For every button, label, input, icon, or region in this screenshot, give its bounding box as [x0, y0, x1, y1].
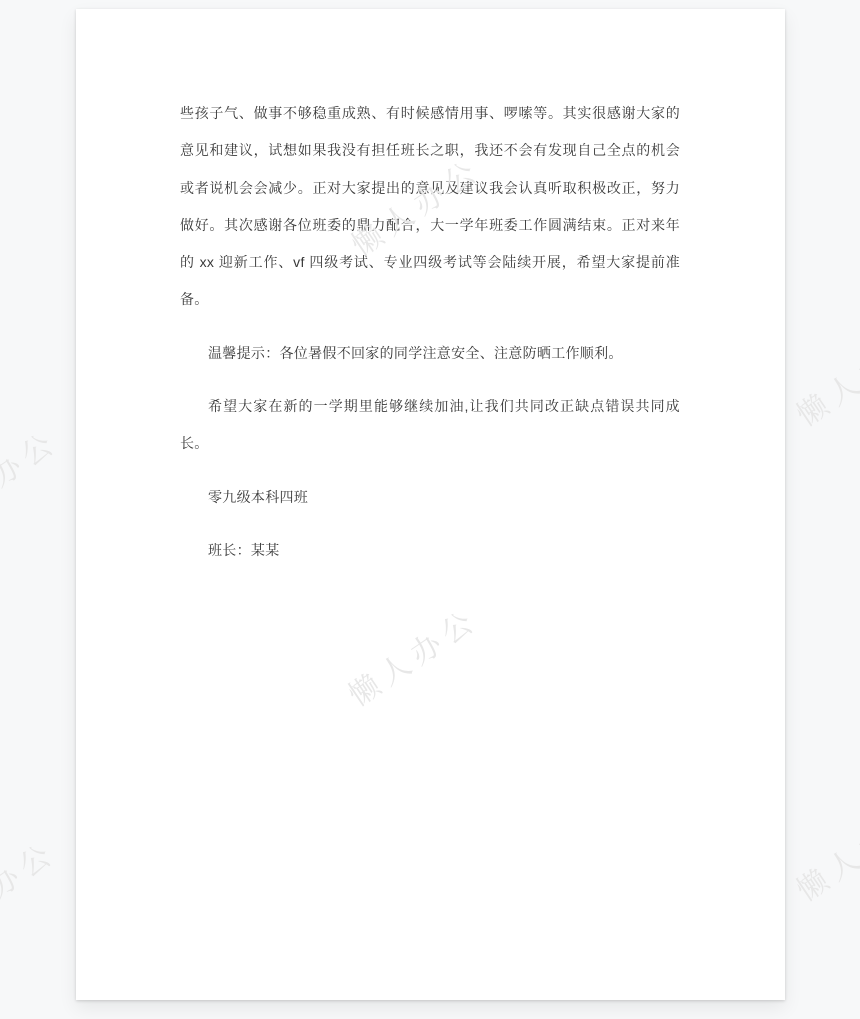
paragraph: 温馨提示：各位暑假不回家的同学注意安全、注意防晒工作顺利。 [180, 335, 680, 372]
watermark-text: 懒人办公 [0, 417, 66, 536]
paragraph: 班长：某某 [180, 532, 680, 569]
paragraph: 零九级本科四班 [180, 479, 680, 516]
paragraph: 些孩子气、做事不够稳重成熟、有时候感情用事、啰嗦等。其实很感谢大家的意见和建议，… [180, 95, 680, 319]
paragraph: 希望大家在新的一学期里能够继续加油,让我们共同改正缺点错误共同成长。 [180, 388, 680, 463]
document-page: 些孩子气、做事不够稳重成熟、有时候感情用事、啰嗦等。其实很感谢大家的意见和建议，… [76, 9, 785, 1000]
watermark-text: 懒人办公 [0, 828, 64, 947]
document-viewer: 些孩子气、做事不够稳重成熟、有时候感情用事、啰嗦等。其实很感谢大家的意见和建议，… [0, 0, 860, 1019]
watermark-text: 懒人办公 [786, 790, 860, 909]
watermark-text: 懒人办公 [786, 315, 860, 434]
document-body: 些孩子气、做事不够稳重成熟、有时候感情用事、啰嗦等。其实很感谢大家的意见和建议，… [76, 9, 785, 569]
